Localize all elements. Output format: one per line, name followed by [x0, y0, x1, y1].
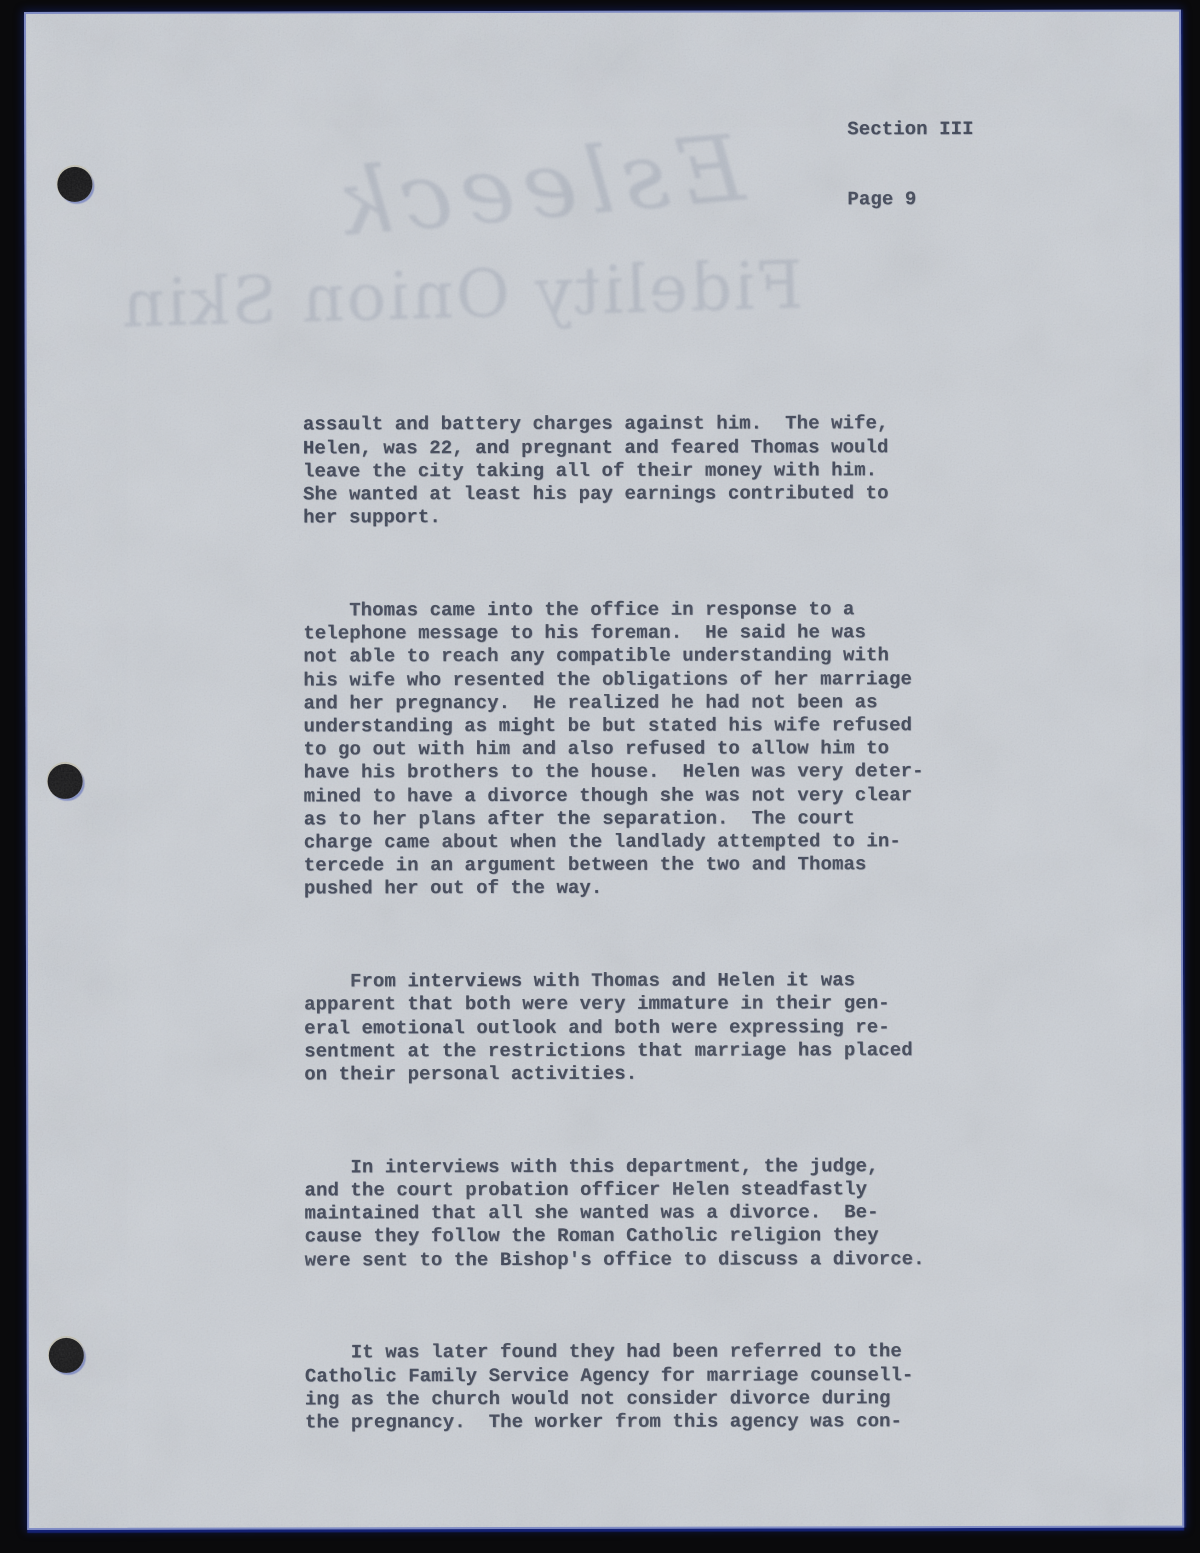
scanner-background: Esleeck Fidelity Onion Skin Section III …: [0, 0, 1200, 1553]
page-header: Section III Page 9: [847, 72, 974, 258]
watermark-brand-name: Fidelity Onion Skin: [114, 247, 810, 342]
punch-hole-middle: [48, 764, 83, 799]
typed-paragraph: assault and battery charges against him.…: [303, 412, 943, 529]
document-page: Esleeck Fidelity Onion Skin Section III …: [24, 10, 1184, 1530]
section-label: Section III: [847, 118, 973, 141]
typed-paragraph: In interviews with this department, the …: [304, 1155, 944, 1272]
typed-paragraph: It was later found they had been referre…: [305, 1341, 945, 1435]
paper-watermark: Esleeck Fidelity Onion Skin: [26, 12, 1179, 14]
punch-hole-bottom: [49, 1338, 84, 1373]
typed-body: assault and battery charges against him.…: [303, 366, 945, 1481]
punch-hole-top: [57, 167, 92, 202]
typed-paragraph: From interviews with Thomas and Helen it…: [304, 969, 944, 1086]
typed-paragraph: Thomas came into the office in response …: [303, 598, 944, 901]
watermark-maker-script: Esleeck: [323, 122, 750, 251]
page-number-label: Page 9: [847, 188, 973, 211]
